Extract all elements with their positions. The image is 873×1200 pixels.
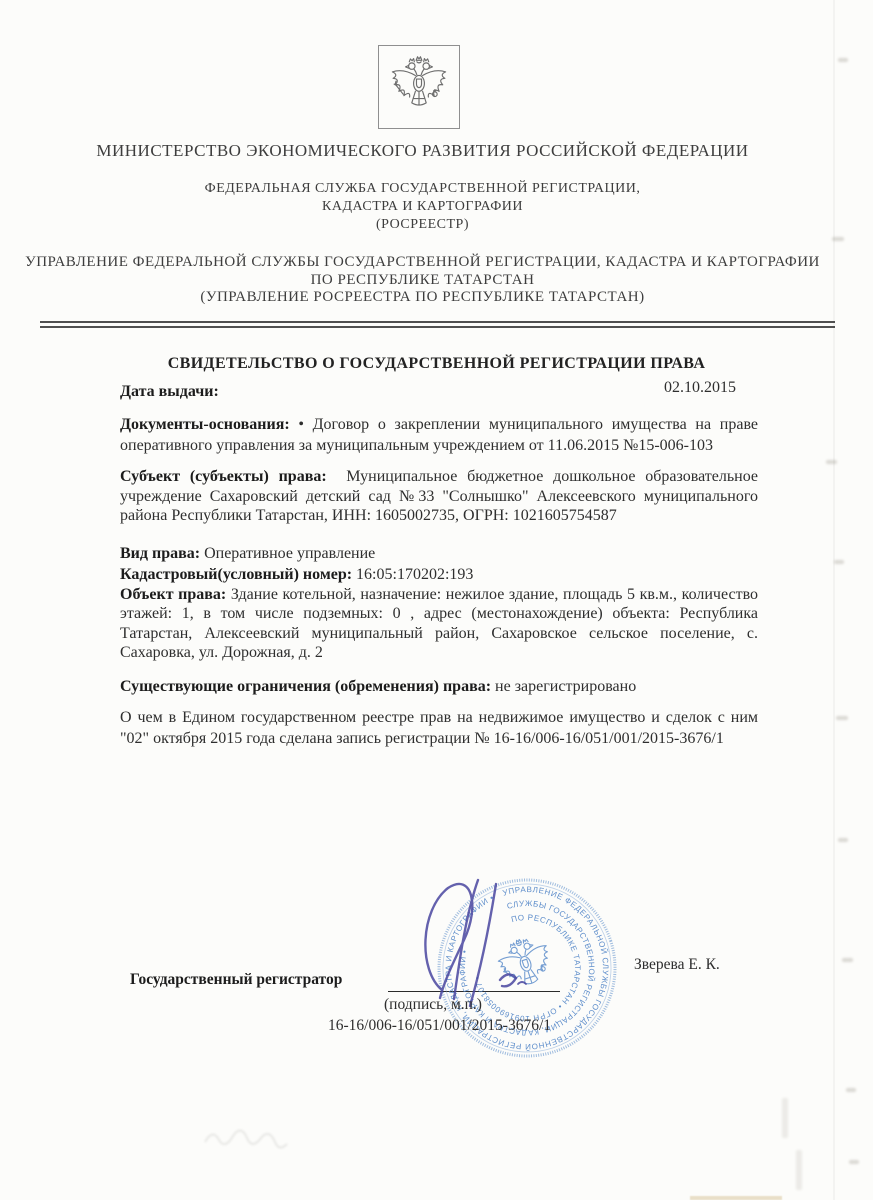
right-type-label: Вид права: [120,545,200,562]
cadastral-label: Кадастровый(условный) номер: [120,566,352,583]
registrar-name: Зверева Е. К. [634,956,720,974]
restrictions-label: Существующие ограничения (обременения) п… [120,678,491,695]
service-line-2: КАДАСТРА И КАРТОГРАФИИ [0,198,845,216]
issue-date-row: Дата выдачи: 02.10.2015 [120,383,758,407]
scan-artifact [842,958,853,962]
registrar-label: Государственный регистратор [130,971,342,989]
scan-edge-line [833,0,835,1200]
scan-artifact [834,560,844,564]
signature-caption: (подпись, м.п.) [368,996,498,1014]
scan-artifact [836,716,848,720]
right-type-row: Вид права: Оперативное управление [120,543,758,564]
service-line-1: ФЕДЕРАЛЬНАЯ СЛУЖБА ГОСУДАРСТВЕННОЙ РЕГИС… [0,180,845,198]
scan-artifact [826,460,837,464]
scan-artifact [846,1088,856,1092]
signature-scribble [400,862,575,1017]
scan-artifact [796,1150,802,1190]
record-paragraph: О чем в Едином государственном реестре п… [120,707,758,749]
scan-smudge-scribble [200,1112,320,1162]
issue-date-value: 02.10.2015 [664,379,736,397]
cadastral-value: 16:05:170202:193 [356,566,473,583]
restrictions-row: Существующие ограничения (обременения) п… [120,677,758,697]
office-name: УПРАВЛЕНИЕ ФЕДЕРАЛЬНОЙ СЛУЖБЫ ГОСУДАРСТВ… [0,254,845,307]
scan-artifact [838,58,848,62]
scan-artifact [690,1196,782,1200]
double-rule-divider [40,321,835,328]
service-name: ФЕДЕРАЛЬНАЯ СЛУЖБА ГОСУДАРСТВЕННОЙ РЕГИС… [0,180,845,234]
restrictions-value: не зарегистрировано [495,678,636,695]
document-title: СВИДЕТЕЛЬСТВО О ГОСУДАРСТВЕННОЙ РЕГИСТРА… [0,355,873,373]
scan-artifact [838,838,848,842]
document-body: Дата выдачи: 02.10.2015 Документы-основа… [120,383,758,749]
documents-label: Документы-основания: [120,416,290,433]
cadastral-row: Кадастровый(условный) номер: 16:05:17020… [120,564,758,585]
service-line-3: (РОСРЕЕСТР) [0,216,845,234]
object-paragraph: Объект права: Здание котельной, назначен… [120,585,758,663]
coat-of-arms-frame [378,45,460,129]
documents-paragraph: Документы-основания: • Договор о закрепл… [120,415,758,456]
office-line-1: УПРАВЛЕНИЕ ФЕДЕРАЛЬНОЙ СЛУЖБЫ ГОСУДАРСТВ… [0,254,845,272]
subject-label: Субъект (субъекты) права: [120,468,327,485]
scan-artifact [832,237,844,241]
coat-of-arms-icon [383,49,455,125]
certificate-page: МИНИСТЕРСТВО ЭКОНОМИЧЕСКОГО РАЗВИТИЯ РОС… [0,0,873,1200]
right-type-value: Оперативное управление [204,545,375,562]
object-label: Объект права: [120,586,226,603]
scan-artifact [849,1160,859,1164]
office-line-2: ПО РЕСПУБЛИКЕ ТАТАРСТАН [0,272,845,290]
issue-date-label: Дата выдачи: [120,383,219,400]
ministry-name: МИНИСТЕРСТВО ЭКОНОМИЧЕСКОГО РАЗВИТИЯ РОС… [0,141,845,161]
subject-paragraph: Субъект (субъекты) права: Муниципальное … [120,467,758,526]
scan-artifact [782,1098,788,1138]
office-line-3: (УПРАВЛЕНИЕ РОСРЕЕСТРА ПО РЕСПУБЛИКЕ ТАТ… [0,289,845,307]
registration-number: 16-16/006-16/051/001/2015-3676/1 [328,1017,551,1035]
